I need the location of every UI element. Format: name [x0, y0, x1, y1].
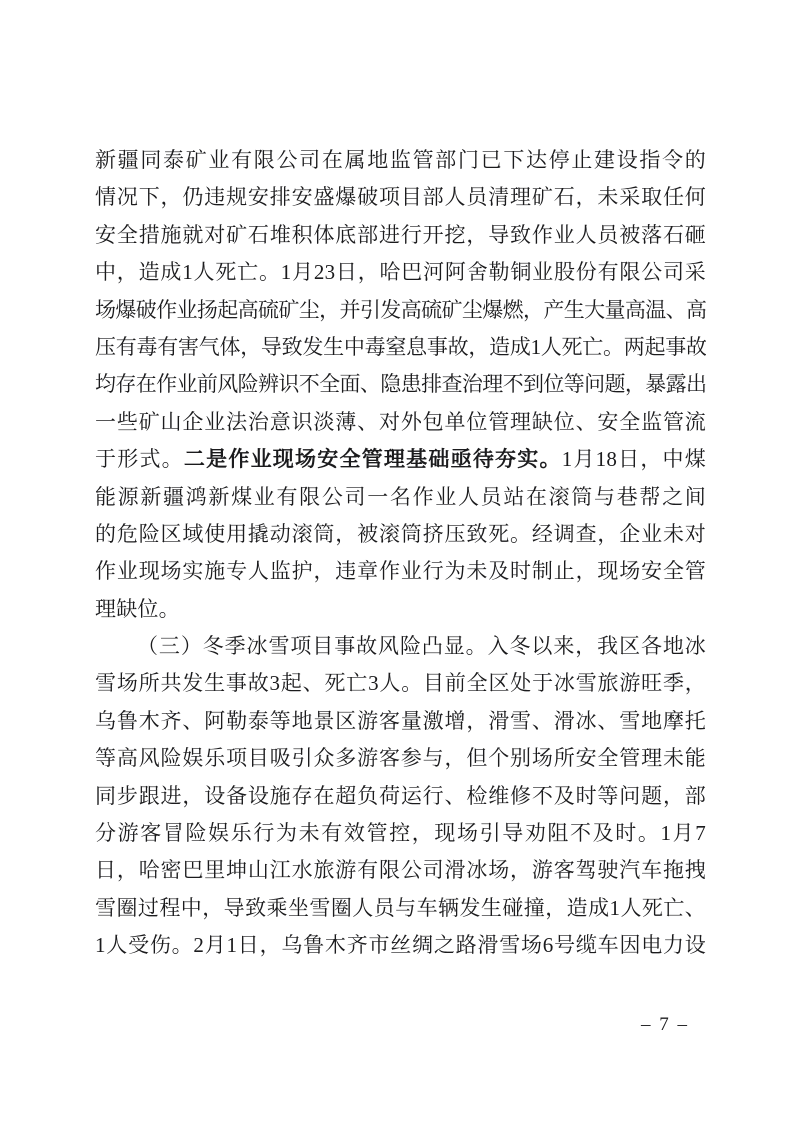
- paragraph-winter-snow-risks: （三）冬季冰雪项目事故风险凸显。入冬以来，我区各地冰 雪场所共发生事故3起、死亡…: [95, 628, 706, 965]
- text-line: 等高风险娱乐项目吸引众多游客参与，但个别场所安全管理未能: [95, 740, 706, 777]
- text-line: 日，哈密巴里坤山江水旅游有限公司滑冰场，游客驾驶汽车拖拽: [95, 852, 706, 889]
- text-line: 能源新疆鸿新煤业有限公司一名作业人员站在滚筒与巷帮之间: [95, 479, 706, 516]
- paragraph-mining-accidents: 新疆同泰矿业有限公司在属地监管部门已下达停止建设指令的 情况下，仍违规安排安盛爆…: [95, 142, 706, 628]
- text-line: 场爆破作业扬起高硫矿尘，并引发高硫矿尘爆燃，产生大量高温、高: [95, 292, 706, 329]
- text-line: 均存在作业前风险辨识不全面、隐患排查治理不到位等问题，暴露出: [95, 366, 706, 403]
- text-line: 压有毒有害气体，导致发生中毒窒息事故，造成1人死亡。两起事故: [95, 329, 706, 366]
- text-segment: 1月18日，中煤: [562, 447, 706, 471]
- text-line: 一些矿山企业法治意识淡薄、对外包单位管理缺位、安全监管流: [95, 404, 706, 441]
- text-line: 分游客冒险娱乐行为未有效管控，现场引导劝阻不及时。1月7: [95, 815, 706, 852]
- text-line: 乌鲁木齐、阿勒泰等地景区游客量激增，滑雪、滑冰、雪地摩托: [95, 703, 706, 740]
- body-text: 新疆同泰矿业有限公司在属地监管部门已下达停止建设指令的 情况下，仍违规安排安盛爆…: [95, 142, 706, 965]
- text-line: 中，造成1人死亡。1月23日，哈巴河阿舍勒铜业股份有限公司采: [95, 254, 706, 291]
- subsection-heading: （三）冬季冰雪项目事故风险凸显。: [137, 634, 488, 658]
- bold-subsection-heading: 二是作业现场安全管理基础亟待夯实。: [184, 447, 562, 471]
- text-line: 雪圈过程中，导致乘坐雪圈人员与车辆发生碰撞，造成1人死亡、: [95, 890, 706, 927]
- text-line: 情况下，仍违规安排安盛爆破项目部人员清理矿石，未采取任何: [95, 179, 706, 216]
- text-line-with-subsection-heading: （三）冬季冰雪项目事故风险凸显。入冬以来，我区各地冰: [95, 628, 706, 665]
- text-line: 1人受伤。2月1日，乌鲁木齐市丝绸之路滑雪场6号缆车因电力设: [95, 927, 706, 964]
- page-number: – 7 –: [620, 1012, 710, 1038]
- text-line: 理缺位。: [95, 591, 706, 628]
- text-segment: 于形式。: [95, 447, 184, 471]
- text-line: 雪场所共发生事故3起、死亡3人。目前全区处于冰雪旅游旺季，: [95, 665, 706, 702]
- text-line: 作业现场实施专人监护，违章作业行为未及时制止，现场安全管: [95, 553, 706, 590]
- document-page: 新疆同泰矿业有限公司在属地监管部门已下达停止建设指令的 情况下，仍违规安排安盛爆…: [0, 0, 792, 1121]
- text-line-with-bold-heading: 于形式。二是作业现场安全管理基础亟待夯实。1月18日，中煤: [95, 441, 706, 478]
- text-line: 新疆同泰矿业有限公司在属地监管部门已下达停止建设指令的: [95, 142, 706, 179]
- text-line: 的危险区域使用撬动滚筒，被滚筒挤压致死。经调查，企业未对: [95, 516, 706, 553]
- text-segment: 入冬以来，我区各地冰: [488, 634, 706, 658]
- text-line: 同步跟进，设备设施存在超负荷运行、检维修不及时等问题，部: [95, 778, 706, 815]
- text-line: 安全措施就对矿石堆积体底部进行开挖，导致作业人员被落石砸: [95, 217, 706, 254]
